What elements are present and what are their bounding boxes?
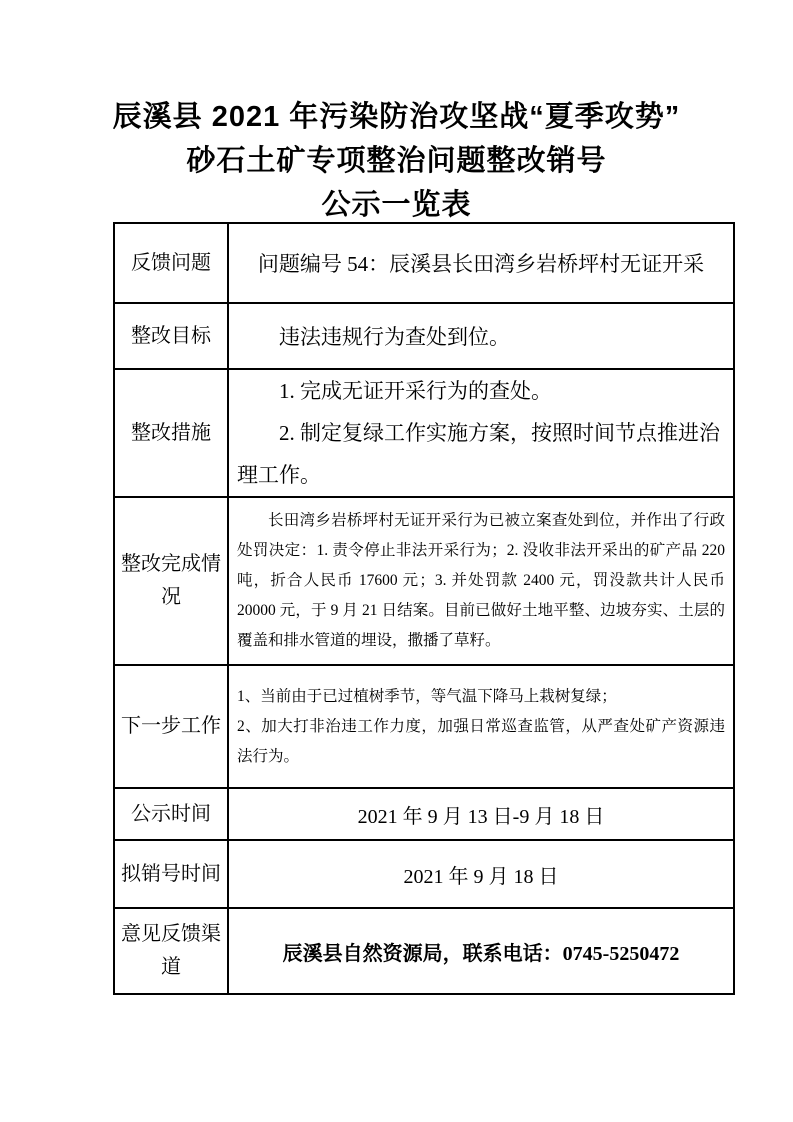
row-completion-status: 整改完成情况 长田湾乡岩桥坪村无证开采行为已被立案查处到位，并作出了行政处罚决定… xyxy=(114,497,734,665)
rectification-goal-text: 违法违规行为查处到位。 xyxy=(237,321,725,351)
row-publicity-period: 公示时间 2021 年 9 月 13 日-9 月 18 日 xyxy=(114,788,734,840)
rectification-goal-value: 违法违规行为查处到位。 xyxy=(228,303,734,369)
rectification-measures-value: 1. 完成无证开采行为的查处。 2. 制定复绿工作实施方案，按照时间节点推进治理… xyxy=(228,369,734,497)
next-steps-value: 1、当前由于已过植树季节，等气温下降马上栽树复绿； 2、加大打非治违工作力度，加… xyxy=(228,665,734,788)
completion-status-value: 长田湾乡岩桥坪村无证开采行为已被立案查处到位，并作出了行政处罚决定：1. 责令停… xyxy=(228,497,734,665)
row-rectification-goal: 整改目标 违法违规行为查处到位。 xyxy=(114,303,734,369)
document-title: 辰溪县 2021 年污染防治攻坚战“夏季攻势” 砂石土矿专项整治问题整改销号 公… xyxy=(0,95,793,227)
completion-status-text: 长田湾乡岩桥坪村无证开采行为已被立案查处到位，并作出了行政处罚决定：1. 责令停… xyxy=(237,506,725,656)
row-next-steps: 下一步工作 1、当前由于已过植树季节，等气温下降马上栽树复绿； 2、加大打非治违… xyxy=(114,665,734,788)
title-line-1: 辰溪县 2021 年污染防治攻坚战“夏季攻势” xyxy=(0,95,793,139)
row-label-rectification-goal: 整改目标 xyxy=(114,303,228,369)
row-label-closeout-date: 拟销号时间 xyxy=(114,840,228,908)
measure-item-1: 1. 完成无证开采行为的查处。 xyxy=(237,370,725,412)
title-line-3: 公示一览表 xyxy=(0,183,793,227)
title-line-2: 砂石土矿专项整治问题整改销号 xyxy=(0,139,793,183)
row-feedback-issue: 反馈问题 问题编号 54：辰溪县长田湾乡岩桥坪村无证开采 xyxy=(114,223,734,303)
next-step-item-2: 2、加大打非治违工作力度，加强日常巡查监管，从严查处矿产资源违法行为。 xyxy=(237,712,725,772)
closeout-date-value: 2021 年 9 月 18 日 xyxy=(228,840,734,908)
row-label-feedback-channel: 意见反馈渠道 xyxy=(114,908,228,994)
row-feedback-channel: 意见反馈渠道 辰溪县自然资源局，联系电话：0745-5250472 xyxy=(114,908,734,994)
feedback-issue-value: 问题编号 54：辰溪县长田湾乡岩桥坪村无证开采 xyxy=(228,223,734,303)
row-rectification-measures: 整改措施 1. 完成无证开采行为的查处。 2. 制定复绿工作实施方案，按照时间节… xyxy=(114,369,734,497)
row-label-next-steps: 下一步工作 xyxy=(114,665,228,788)
row-closeout-date: 拟销号时间 2021 年 9 月 18 日 xyxy=(114,840,734,908)
next-step-item-1: 1、当前由于已过植树季节，等气温下降马上栽树复绿； xyxy=(237,682,725,712)
publicity-period-value: 2021 年 9 月 13 日-9 月 18 日 xyxy=(228,788,734,840)
row-label-completion-status: 整改完成情况 xyxy=(114,497,228,665)
row-label-publicity-period: 公示时间 xyxy=(114,788,228,840)
row-label-rectification-measures: 整改措施 xyxy=(114,369,228,497)
measure-item-2: 2. 制定复绿工作实施方案，按照时间节点推进治理工作。 xyxy=(237,412,725,496)
feedback-channel-value: 辰溪县自然资源局，联系电话：0745-5250472 xyxy=(228,908,734,994)
document-page: 辰溪县 2021 年污染防治攻坚战“夏季攻势” 砂石土矿专项整治问题整改销号 公… xyxy=(0,0,793,1122)
rectification-notice-table: 反馈问题 问题编号 54：辰溪县长田湾乡岩桥坪村无证开采 整改目标 违法违规行为… xyxy=(113,222,735,995)
row-label-feedback-issue: 反馈问题 xyxy=(114,223,228,303)
